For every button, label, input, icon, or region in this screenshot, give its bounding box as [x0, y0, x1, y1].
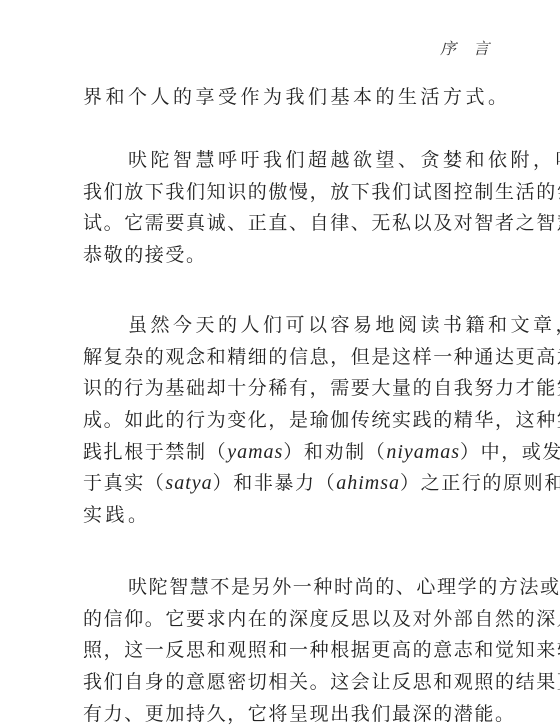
- sanskrit-term: satya: [165, 472, 212, 494]
- text-line: 照，这一反思和观照和一种根据更高的意志和觉知来转变: [83, 635, 487, 667]
- text-line: 界和个人的享受作为我们基本的生活方式。: [83, 82, 487, 114]
- text-line: 吠陀智慧不是另外一种时尚的、心理学的方法或宗教: [83, 572, 487, 604]
- sanskrit-term: yamas: [227, 441, 283, 463]
- text-run: ）和劝制（: [283, 441, 386, 463]
- text-line: 实践。: [83, 500, 487, 532]
- text-line: 成。如此的行为变化，是瑜伽传统实践的精华，这种实: [83, 405, 487, 437]
- text-line: 解复杂的观念和精细的信息，但是这样一种通达更高意: [83, 342, 487, 374]
- text-run: ）和非暴力（: [213, 472, 337, 494]
- sanskrit-term: niyamas: [386, 441, 460, 463]
- text-line: 有力、更加持久，它将呈现出我们最深的潜能。: [83, 699, 487, 725]
- text-line: 识的行为基础却十分稀有，需要大量的自我努力才能完: [83, 373, 487, 405]
- text-line: 我们放下我们知识的傲慢，放下我们试图控制生活的尝: [83, 177, 487, 209]
- text-run: ）之正行的原则和: [400, 472, 560, 494]
- text-line: 的信仰。它要求内在的深度反思以及对外部自然的深入观: [83, 604, 487, 636]
- text-line: 我们自身的意愿密切相关。这会让反思和观照的结果更加: [83, 667, 487, 699]
- text-line: 践扎根于禁制（yamas）和劝制（niyamas）中，或发端: [83, 437, 487, 469]
- text-run: 于真实（: [83, 472, 165, 494]
- paragraph-1: 界和个人的享受作为我们基本的生活方式。: [83, 82, 487, 114]
- text-run: ）中，或发端: [460, 441, 560, 463]
- text-line: 虽然今天的人们可以容易地阅读书籍和文章，理: [83, 310, 487, 342]
- sanskrit-term: ahimsa: [336, 472, 400, 494]
- text-run: 践扎根于禁制（: [83, 441, 227, 463]
- text-line: 恭敬的接受。: [83, 240, 487, 272]
- paragraph-3: 虽然今天的人们可以容易地阅读书籍和文章，理 解复杂的观念和精细的信息，但是这样一…: [83, 310, 487, 532]
- text-line: 试。它需要真诚、正直、自律、无私以及对智者之智慧: [83, 208, 487, 240]
- paragraph-4: 吠陀智慧不是另外一种时尚的、心理学的方法或宗教 的信仰。它要求内在的深度反思以及…: [83, 572, 487, 725]
- text-line: 于真实（satya）和非暴力（ahimsa）之正行的原则和: [83, 468, 487, 500]
- paragraph-2: 吠陀智慧呼吁我们超越欲望、贪婪和依附，呼吁 我们放下我们知识的傲慢，放下我们试图…: [83, 145, 487, 272]
- text-line: 吠陀智慧呼吁我们超越欲望、贪婪和依附，呼吁: [83, 145, 487, 177]
- running-head: 序 言: [440, 36, 495, 59]
